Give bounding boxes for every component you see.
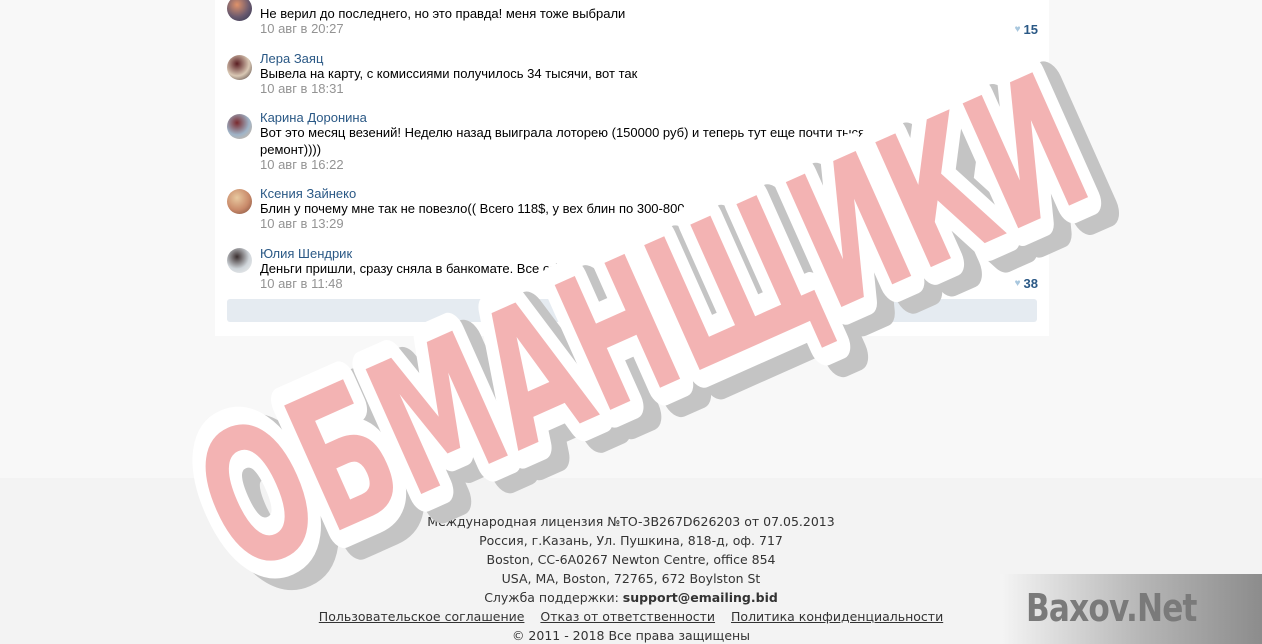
disclaimer-link[interactable]: Отказ от ответственности xyxy=(540,609,715,624)
terms-link[interactable]: Пользовательское соглашение xyxy=(319,609,525,624)
watermark: Baxov.Net xyxy=(1000,574,1262,644)
footer-address-boston: Boston, CC-6A0267 Newton Centre, office … xyxy=(0,552,1262,567)
footer-license: Международная лицензия №TO-3B267D626203 … xyxy=(0,514,1262,529)
support-label: Служба поддержки: xyxy=(484,590,623,605)
comment-date[interactable]: 10 авг в 11:48 xyxy=(260,276,343,291)
footer-address-ru: Россия, г.Казань, Ул. Пушкина, 818-д, оф… xyxy=(0,533,1262,548)
like-button[interactable]: ♥ 15 xyxy=(1015,22,1038,37)
like-count: 25 xyxy=(1024,81,1038,96)
like-count: 38 xyxy=(1024,276,1038,291)
comments-panel: Санек Молибог Не верил до последнего, но… xyxy=(215,0,1049,336)
support-email[interactable]: support@emailing.bid xyxy=(623,590,778,605)
comment-text: Вот это месяц везений! Неделю назад выиг… xyxy=(260,124,1030,158)
avatar[interactable] xyxy=(227,0,252,21)
heart-icon: ♥ xyxy=(1015,25,1021,35)
comment-date[interactable]: 10 авг в 18:31 xyxy=(260,81,344,96)
like-count: 15 xyxy=(1024,22,1038,37)
like-count: 29 xyxy=(1024,157,1038,172)
avatar[interactable] xyxy=(227,248,252,273)
comment-author[interactable]: Лера Заяц xyxy=(260,51,323,66)
comment-author[interactable]: Юлия Шендрик xyxy=(260,246,352,261)
watermark-text: Baxov.Net xyxy=(1026,586,1197,630)
like-button[interactable]: ♥ 29 xyxy=(1015,157,1038,172)
comment-date[interactable]: 10 авг в 20:27 xyxy=(260,21,344,36)
comment-date[interactable]: 10 авг в 16:22 xyxy=(260,157,344,172)
heart-icon: ♥ xyxy=(1015,160,1021,170)
privacy-link[interactable]: Политика конфиденциальности xyxy=(731,609,943,624)
avatar[interactable] xyxy=(227,55,252,80)
comment-text: Не верил до последнего, но это правда! м… xyxy=(260,5,1030,22)
like-count: 34 xyxy=(1024,216,1038,231)
like-button[interactable]: ♥ 38 xyxy=(1015,276,1038,291)
comment-text: Вывела на карту, с комиссиями получилось… xyxy=(260,65,1030,82)
comment-date[interactable]: 10 авг в 13:29 xyxy=(260,216,344,231)
like-button[interactable]: ♥ 25 xyxy=(1015,81,1038,96)
heart-icon: ♥ xyxy=(1015,84,1021,94)
comment-text: Деньги пришли, сразу сняла в банкомате. … xyxy=(260,260,1030,277)
heart-icon: ♥ xyxy=(1015,219,1021,229)
like-button[interactable]: ♥ 34 xyxy=(1015,216,1038,231)
comment-text: Блин у почему мне так не повезло(( Всего… xyxy=(260,200,1030,217)
comment-author[interactable]: Карина Доронина xyxy=(260,110,367,125)
comment-author[interactable]: Санек Молибог xyxy=(260,0,353,2)
avatar[interactable] xyxy=(227,189,252,214)
avatar[interactable] xyxy=(227,114,252,139)
show-more-button[interactable]: Показать ещё xyxy=(227,299,1037,322)
comment-author[interactable]: Ксения Зайнеко xyxy=(260,186,356,201)
heart-icon: ♥ xyxy=(1015,279,1021,289)
